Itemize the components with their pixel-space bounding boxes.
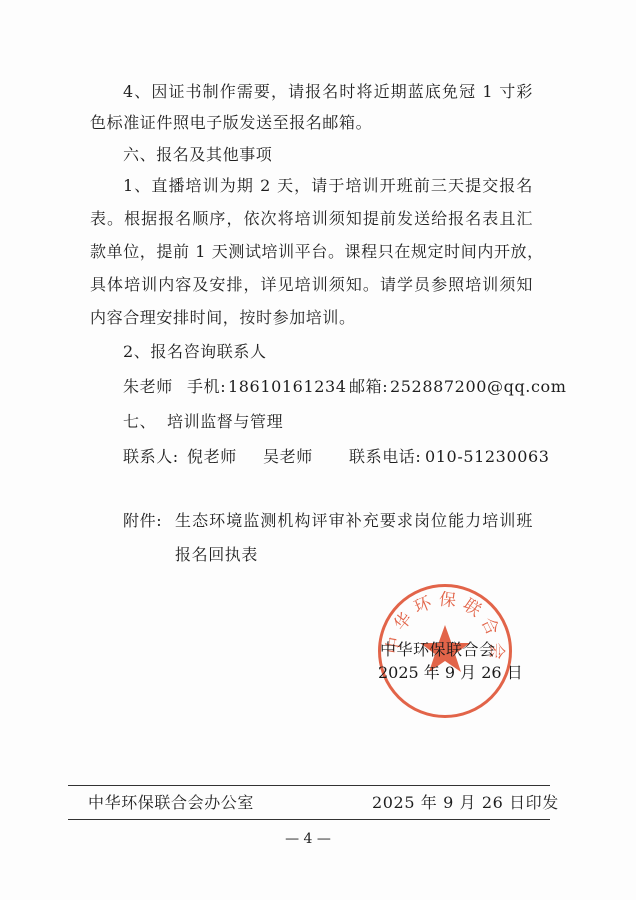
section7-number: 七、 <box>123 412 156 432</box>
contact-row: 朱老师 手机: 18610161234 邮箱: 252887200@qq.com <box>0 377 636 397</box>
footer-issuer: 中华环保联合会办公室 <box>88 793 254 813</box>
supervision-contact2: 吴老师 <box>263 447 313 467</box>
document-page: 4、因证书制作需要，请报名时将近期蓝底免冠 1 寸彩 色标准证件照电子版发送至报… <box>0 0 636 900</box>
item2-heading: 2、报名咨询联系人 <box>123 342 267 362</box>
supervision-row: 联系人: 倪老师 吴老师 联系电话: 010-51230063 <box>0 447 636 467</box>
item1-line4: 具体培训内容及安排，详见培训须知。请学员参照培训须知 <box>90 275 533 295</box>
attachment-row: 附件: 生态环境监测机构评审补充要求岗位能力培训班 <box>0 511 636 531</box>
tel-label: 联系电话: <box>349 447 421 467</box>
footer-top-rule <box>68 785 550 786</box>
signature-date: 2025 年 9 月 26 日 <box>378 663 523 683</box>
email-address: 252887200@qq.com <box>390 377 567 397</box>
tel-number: 010-51230063 <box>425 447 550 467</box>
attachment-title-line1: 生态环境监测机构评审补充要求岗位能力培训班 <box>175 511 533 531</box>
item1-line2: 表。根据报名顺序，依次将培训须知提前发送给报名表且汇 <box>90 209 533 229</box>
email-label: 邮箱: <box>349 377 388 397</box>
section6-heading: 六、报名及其他事项 <box>123 145 272 165</box>
supervision-contact-label: 联系人: <box>123 447 179 467</box>
footer-bottom-rule <box>68 819 550 820</box>
item4-line1: 4、因证书制作需要，请报名时将近期蓝底免冠 1 寸彩 <box>123 82 533 102</box>
item1-line1: 1、直播培训为期 2 天，请于培训开班前三天提交报名 <box>123 176 533 196</box>
phone-number: 18610161234 <box>228 377 347 397</box>
supervision-contact1: 倪老师 <box>187 447 237 467</box>
page-number: — 4 — <box>278 829 338 849</box>
attachment-label: 附件: <box>123 511 162 531</box>
item4-line2: 色标准证件照电子版发送至报名邮箱。 <box>90 113 372 133</box>
footer-issue-date: 2025 年 9 月 26 日印发 <box>372 793 559 813</box>
signature-organization: 中华环保联合会 <box>380 640 496 660</box>
section7-heading: 七、 培训监督与管理 <box>0 412 636 432</box>
item1-line5: 内容合理安排时间，按时参加培训。 <box>90 308 356 328</box>
attachment-title-line2: 报名回执表 <box>175 545 258 565</box>
phone-label: 手机: <box>187 377 226 397</box>
section7-title: 培训监督与管理 <box>167 412 283 432</box>
contact-name: 朱老师 <box>123 377 173 397</box>
item1-line3: 款单位，提前 1 天测试培训平台。课程只在规定时间内开放， <box>90 242 533 262</box>
